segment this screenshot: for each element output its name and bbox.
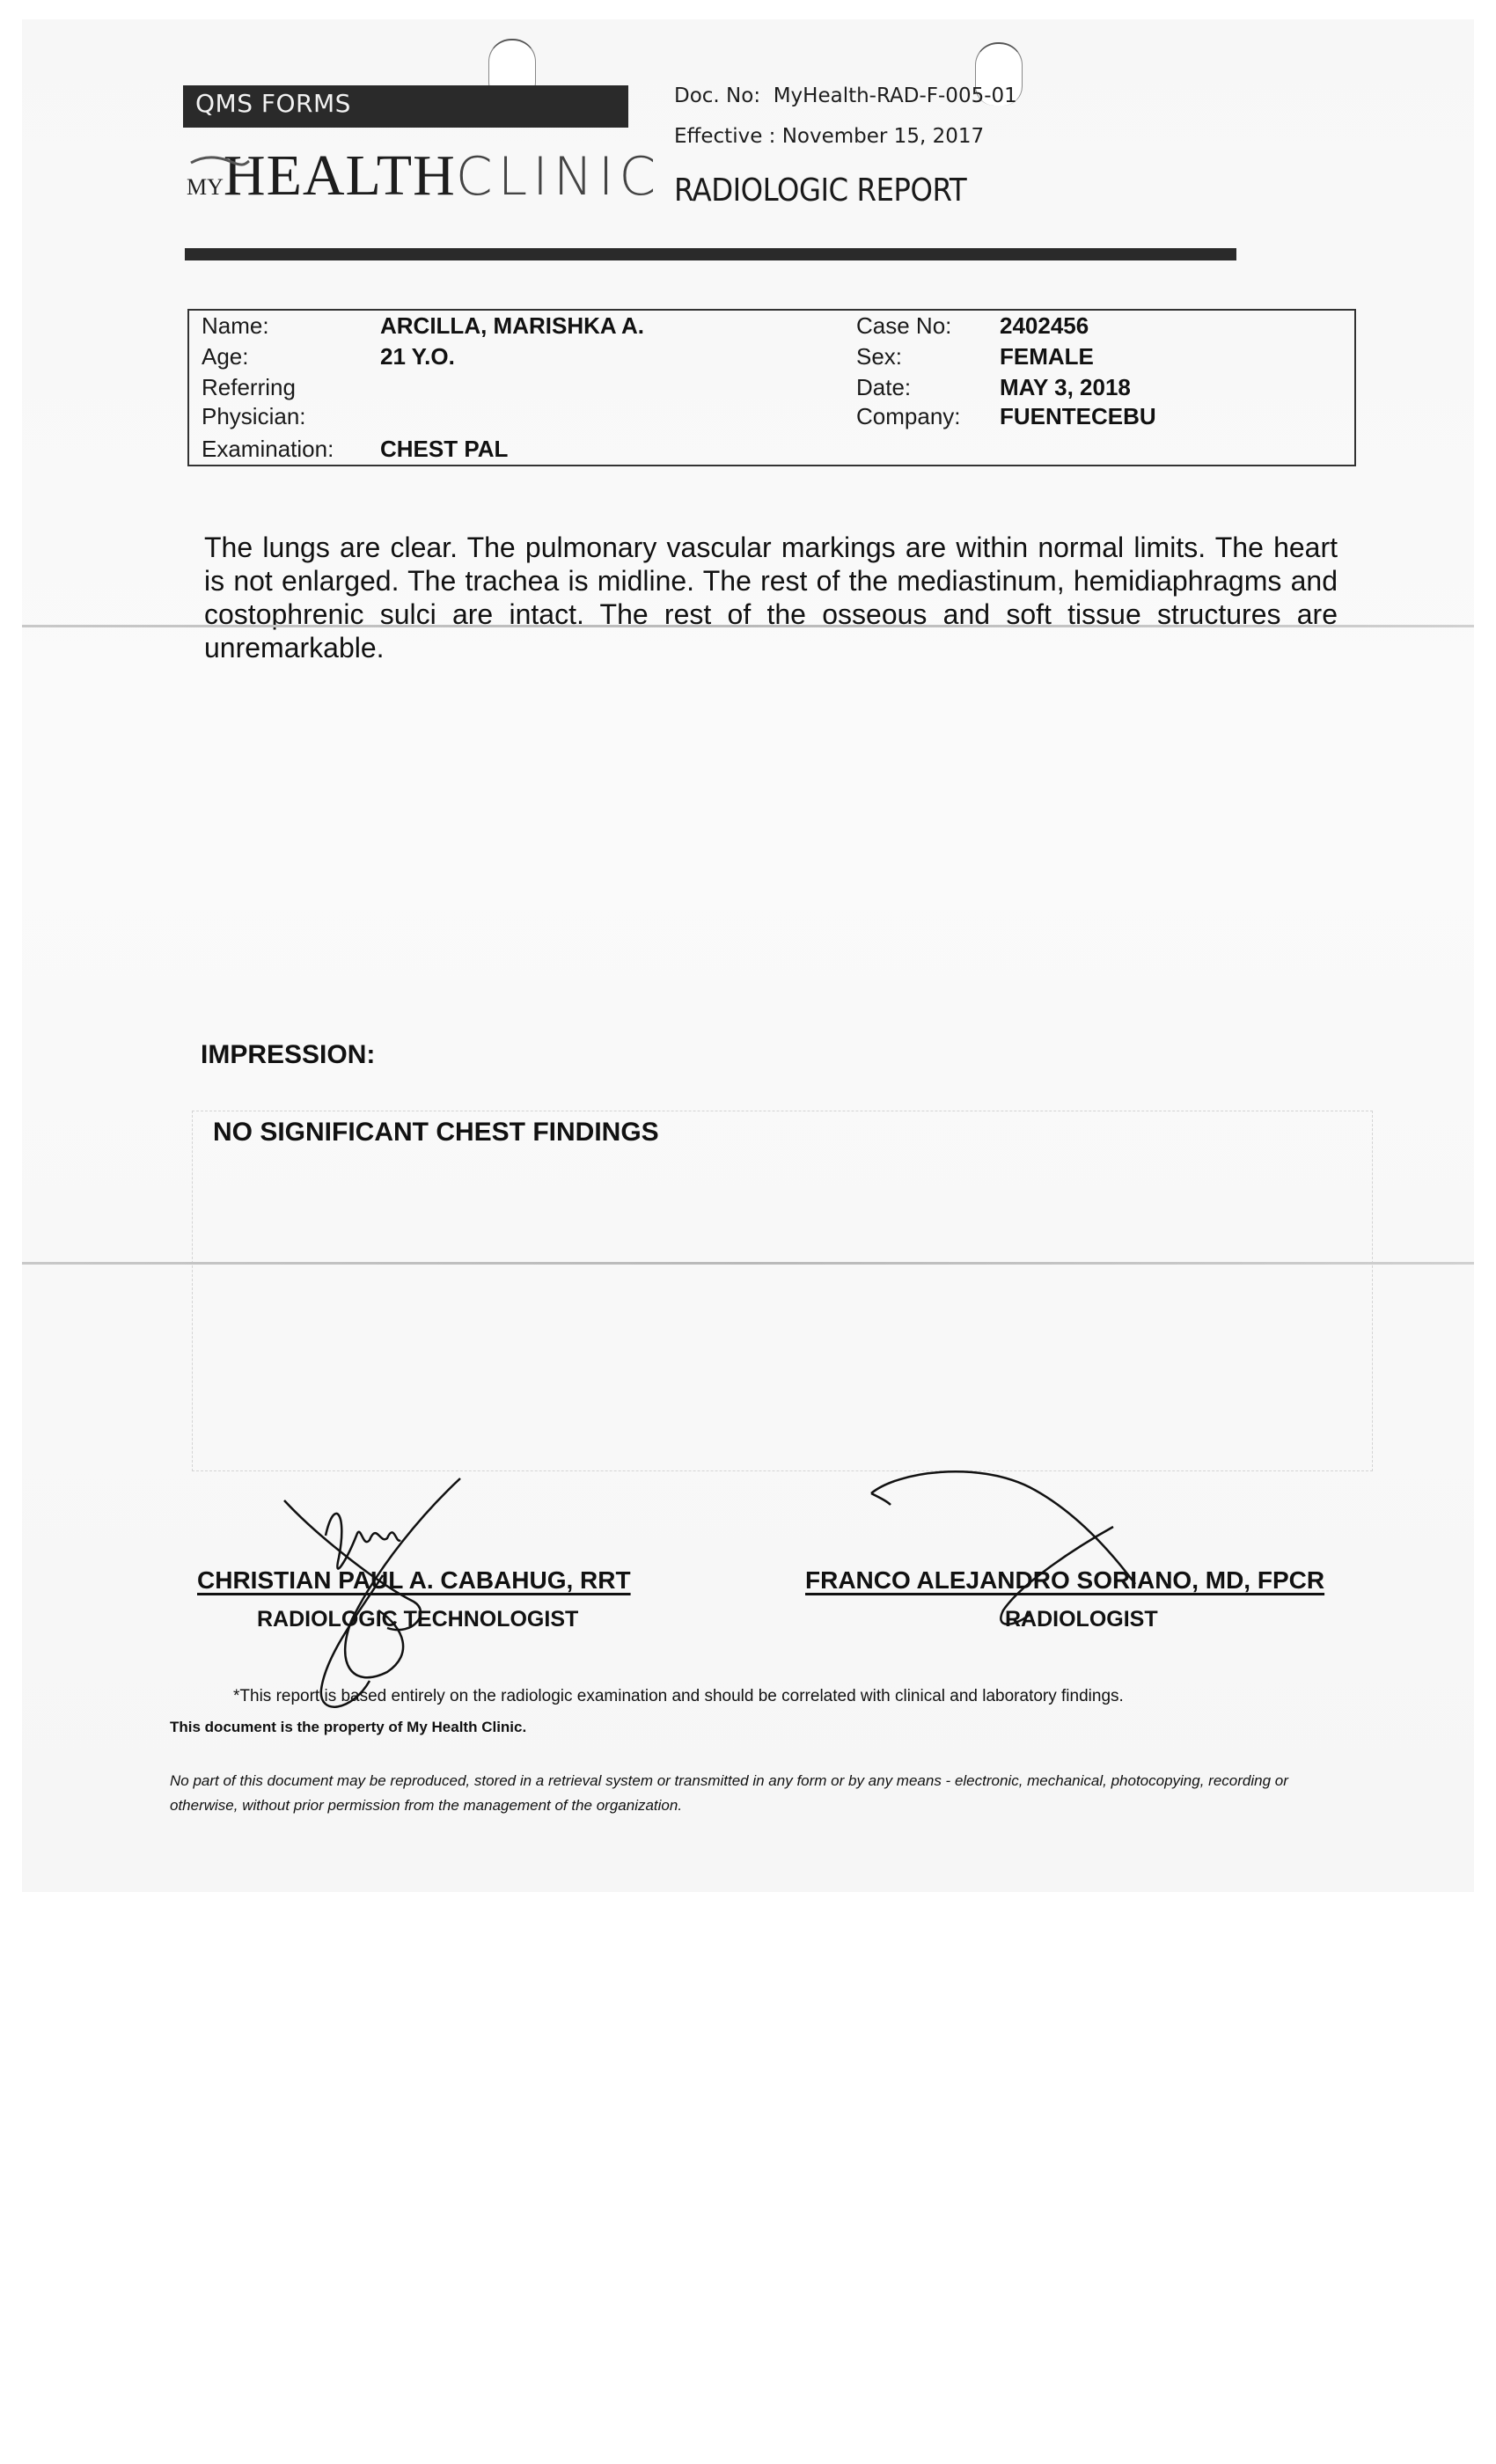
- impression-text: NO SIGNIFICANT CHEST FINDINGS: [213, 1118, 659, 1148]
- clinic-logo: MYHEALTHCLINIC: [187, 143, 661, 209]
- correlation-note: *This report is based entirely on the ra…: [233, 1687, 1124, 1706]
- company-label: Company:: [856, 403, 961, 430]
- age-label: Age:: [202, 343, 249, 370]
- name-value: ARCILLA, MARISHKA A.: [380, 312, 644, 340]
- examination-value: CHEST PAL: [380, 436, 508, 463]
- header-divider: [185, 248, 1236, 260]
- scanned-page: [22, 19, 1474, 1892]
- logo-bold: HEALTH: [224, 143, 456, 208]
- effective-value: November 15, 2017: [782, 125, 984, 148]
- property-notice: This document is the property of My Heal…: [170, 1719, 526, 1736]
- impression-heading: IMPRESSION:: [201, 1040, 375, 1070]
- paper-fold-line: [22, 625, 1474, 627]
- age-value: 21 Y.O.: [380, 343, 455, 370]
- logo-swoosh-icon: [189, 155, 251, 167]
- date-value: MAY 3, 2018: [1000, 374, 1131, 401]
- case-no-label: Case No:: [856, 312, 951, 340]
- paper-fold-line-2: [22, 1262, 1474, 1265]
- referring-label-line2: Physician:: [202, 403, 306, 430]
- effective-label: Effective :: [674, 125, 775, 148]
- impression-box: [192, 1111, 1373, 1471]
- logo-light: CLINIC: [456, 146, 662, 208]
- examination-label: Examination:: [202, 436, 334, 463]
- findings-text: The lungs are clear. The pulmonary vascu…: [204, 531, 1338, 664]
- name-label: Name:: [202, 312, 269, 340]
- technologist-role: RADIOLOGIC TECHNOLOGIST: [257, 1607, 578, 1632]
- report-title: RADIOLOGIC REPORT: [674, 172, 966, 209]
- copyright-disclaimer: No part of this document may be reproduc…: [170, 1769, 1340, 1818]
- date-label: Date:: [856, 374, 911, 401]
- qms-forms-label: QMS FORMS: [195, 89, 351, 118]
- radiologist-name: FRANCO ALEJANDRO SORIANO, MD, FPCR: [805, 1566, 1324, 1595]
- technologist-name: CHRISTIAN PAUL A. CABAHUG, RRT: [197, 1566, 631, 1595]
- patient-info-box: [187, 309, 1356, 466]
- sex-label: Sex:: [856, 343, 902, 370]
- company-value: FUENTECEBU: [1000, 403, 1156, 430]
- sex-value: FEMALE: [1000, 343, 1094, 370]
- effective-date: Effective : November 15, 2017: [674, 125, 984, 148]
- referring-label-line1: Referring: [202, 374, 296, 401]
- doc-number-value: MyHealth-RAD-F-005-01: [774, 84, 1017, 107]
- doc-number: Doc. No: MyHealth-RAD-F-005-01: [674, 84, 1017, 107]
- doc-number-label: Doc. No:: [674, 84, 760, 107]
- radiologist-role: RADIOLOGIST: [1005, 1607, 1158, 1632]
- logo-prefix: MY: [187, 174, 224, 200]
- case-no-value: 2402456: [1000, 312, 1089, 340]
